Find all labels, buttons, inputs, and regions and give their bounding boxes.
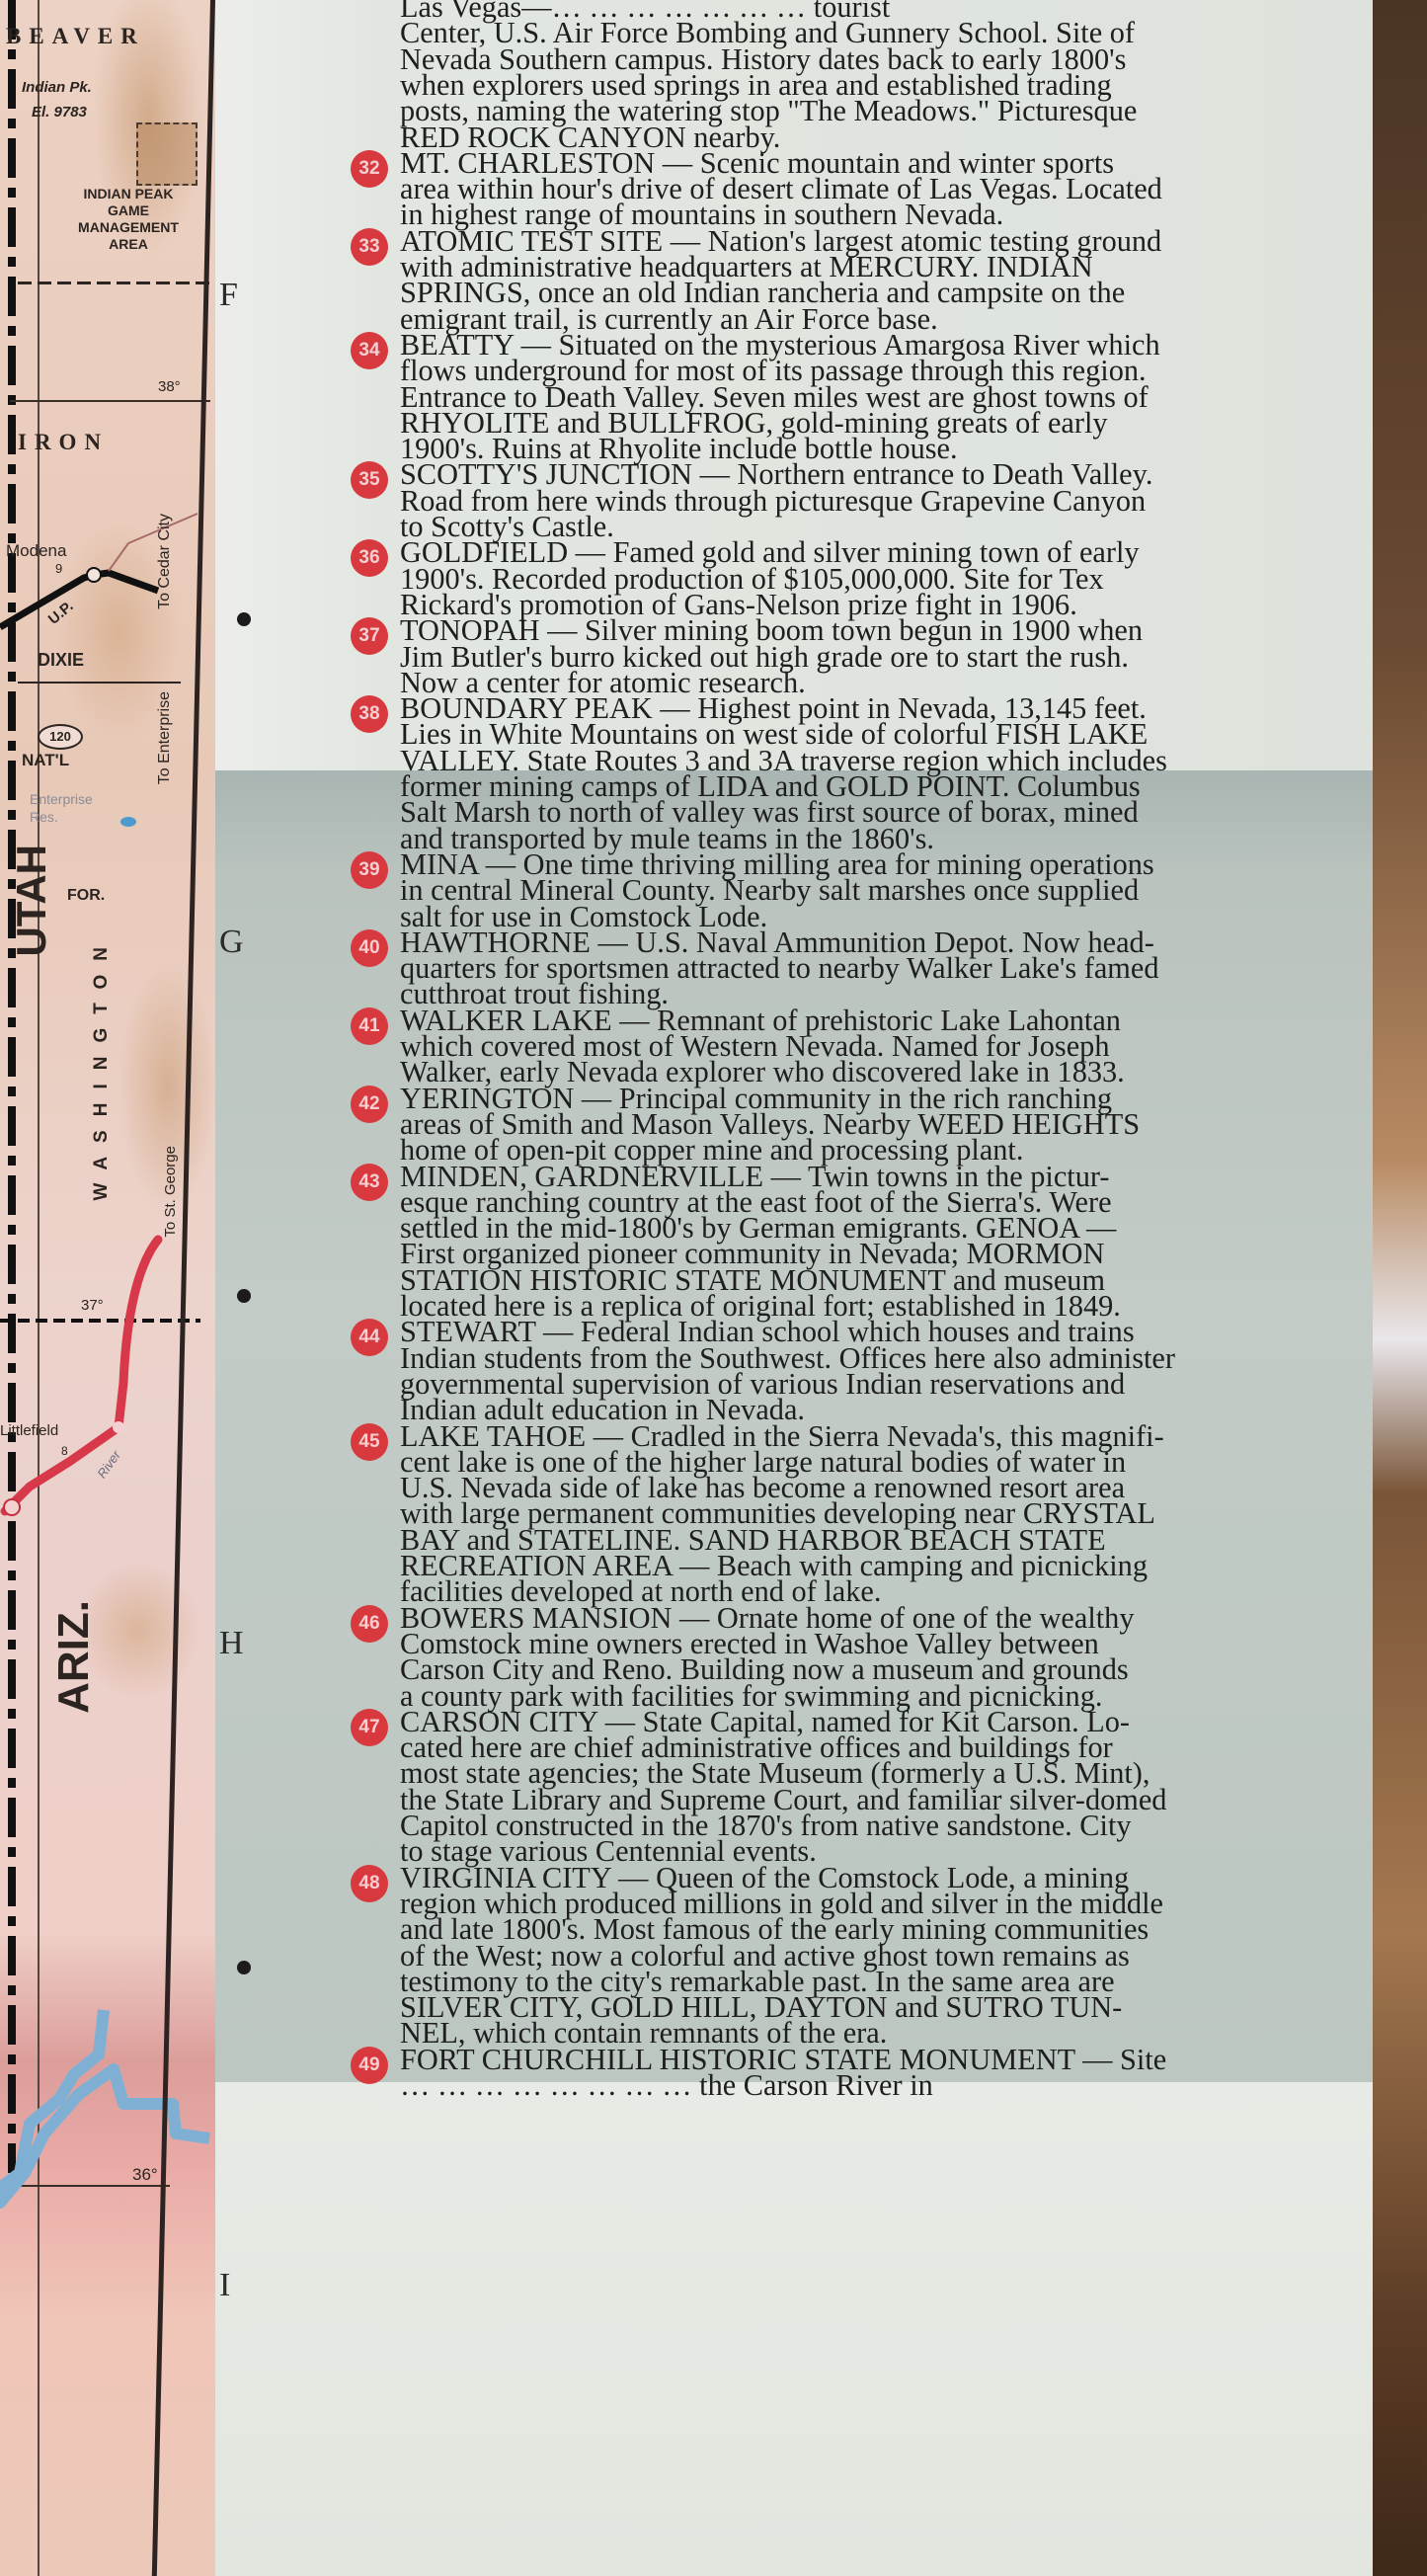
grid-letter-i: I — [219, 2267, 230, 2304]
entry-text-line: … … … … … … … … the Carson River in — [400, 2070, 1289, 2100]
map-label-utah: UTAH — [8, 845, 55, 957]
map-label-modena-num: 9 — [55, 561, 62, 576]
entry-number-badge: 32 — [351, 150, 388, 188]
map-label-dixie: DIXIE — [38, 650, 84, 671]
map-label-modena: Modena — [6, 541, 66, 561]
map-label-natl: NAT'L — [22, 751, 69, 770]
grid-letter-g: G — [219, 924, 244, 961]
utah-nevada-state-line — [8, 0, 16, 2173]
county-boundary — [18, 282, 210, 284]
map-label-lat-38: 38° — [158, 378, 181, 395]
county-boundary-dixie — [18, 682, 181, 684]
game-area-symbol — [136, 122, 198, 186]
grid-letter-h: H — [219, 1625, 244, 1662]
map-label-indian-pk: Indian Pk. — [22, 79, 92, 96]
entry-number-badge: 41 — [351, 1007, 388, 1045]
panel-fold-bottom — [215, 2082, 1373, 2576]
map-label-to-st-george: To St. George — [162, 1146, 179, 1238]
entry-number-badge: 45 — [351, 1423, 388, 1461]
entry-number-badge: 46 — [351, 1605, 388, 1643]
map-label-to-enterprise: To Enterprise — [156, 691, 174, 784]
map-label-iron: IRON — [18, 430, 109, 455]
entry-number-badge: 42 — [351, 1086, 388, 1123]
map-label-enterprise-res: Enterprise Res. — [30, 790, 109, 826]
map-label-ariz: ARIZ. — [49, 1600, 99, 1714]
entry-number-badge: 43 — [351, 1164, 388, 1201]
map-label-beaver: BEAVER — [6, 24, 145, 49]
entry-number-badge: 33 — [351, 228, 388, 266]
entry-number-badge: 37 — [351, 617, 388, 655]
entry-number-badge: 49 — [351, 2047, 388, 2084]
enterprise-reservoir — [120, 817, 136, 827]
map-label-for: FOR. — [67, 887, 105, 905]
lake-mead — [0, 1975, 212, 2222]
map-label-to-cedar-city: To Cedar City — [156, 514, 174, 609]
map-label-littlefield-num: 8 — [61, 1444, 68, 1458]
grid-letter-f: F — [219, 277, 238, 314]
map-label-game-area: INDIAN PEAK GAME MANAGEMENT AREA — [49, 186, 207, 253]
map-strip: BEAVER Indian Pk. El. 9783 INDIAN PEAK G… — [0, 0, 222, 2576]
entry-number-badge: 34 — [351, 332, 388, 369]
latitude-38-line — [10, 400, 210, 402]
entry-number-badge: 48 — [351, 1865, 388, 1902]
map-label-washington: WASHINGTON — [91, 933, 113, 1201]
railroad-and-roads — [0, 484, 212, 682]
grid-dot — [237, 1289, 251, 1303]
grid-dot — [237, 612, 251, 626]
entry-number-badge: 39 — [351, 851, 388, 889]
background-fabric — [1373, 0, 1427, 2576]
entry-number-badge: 47 — [351, 1709, 388, 1746]
map-label-lat-36: 36° — [132, 2165, 158, 2185]
grid-dot — [237, 1961, 251, 1974]
entry-number-badge: 40 — [351, 929, 388, 967]
map-label-littlefield: Littlefield — [0, 1422, 58, 1439]
route-120-shield: 120 — [38, 724, 83, 750]
map-label-elevation: El. 9783 — [32, 104, 87, 121]
entry-number-badge: 38 — [351, 695, 388, 733]
